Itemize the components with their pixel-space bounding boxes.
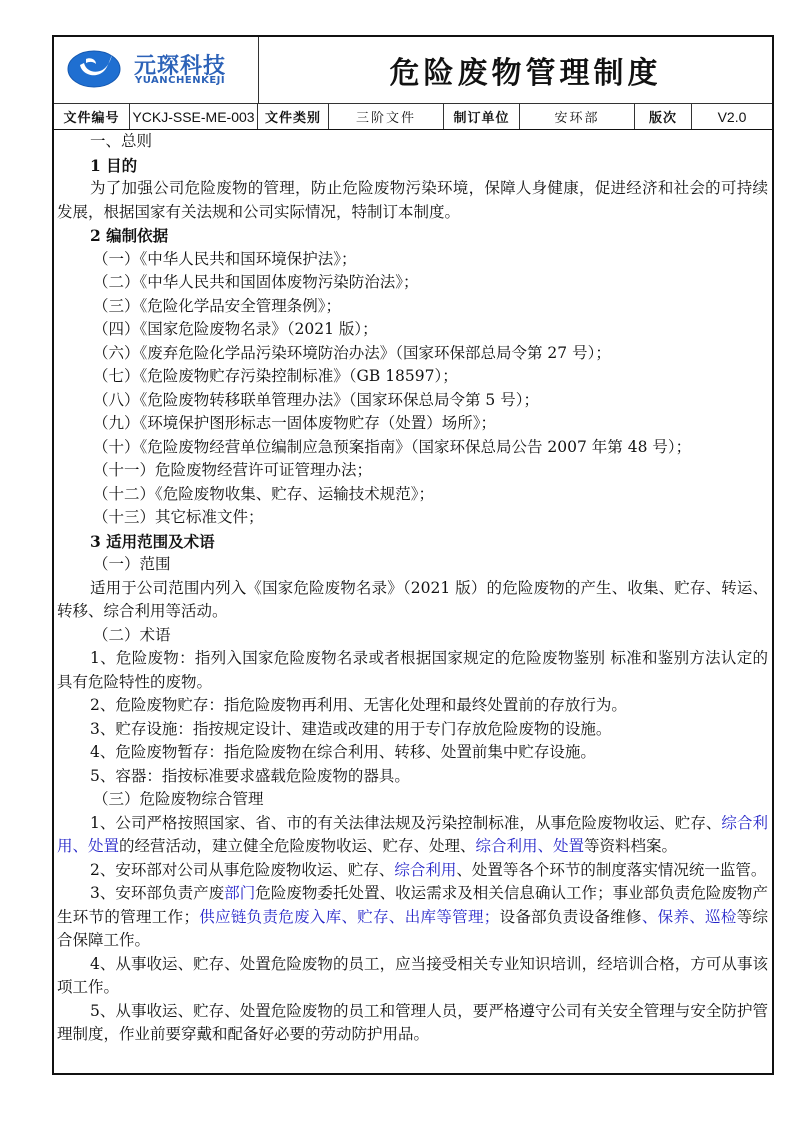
logo-name-en: YUANCHENKEJI [135,75,225,86]
document-frame: 元琛科技 YUANCHENKEJI 危险废物管理制度 文件编号 YCKJ-SSE… [52,35,774,1075]
issuing-unit-label: 制订单位 [444,104,520,129]
management-item: 4、从事收运、贮存、处置危险废物的员工，应当接受相关专业知识培训，经培训合格，方… [57,953,768,1000]
version-label: 版次 [635,104,692,129]
text-run: 等资料档案。 [584,837,677,855]
basis-item: （九）《环境保护图形标志一固体废物贮存（处置）场所》； [57,412,768,436]
basis-item: （十三）其它标准文件； [57,506,768,530]
version-value: V2.0 [692,104,772,129]
issuing-unit-value: 安环部 [520,104,635,129]
basis-item: （六）《废弃危险化学品污染环境防治办法》（国家环保部总局令第 27 号）； [57,342,768,366]
basis-item: （一）《中华人民共和国环境保护法》； [57,248,768,272]
company-logo-icon [66,49,128,89]
text-run: 设备部负责设备维修 [499,908,642,926]
highlighted-text: 、保养、巡检 [642,908,737,926]
document-meta-row: 文件编号 YCKJ-SSE-ME-003 文件类别 三阶文件 制订单位 安环部 … [54,104,772,130]
terms-heading: （二）术语 [57,624,768,648]
basis-item: （八）《危险废物转移联单管理办法》（国家环保总局令第 5 号）； [57,389,768,413]
highlighted-text: 综合利用、处置 [476,837,585,855]
doc-number-value: YCKJ-SSE-ME-003 [130,104,258,129]
company-logo: 元琛科技 YUANCHENKEJI [54,37,259,103]
basis-item: （七）《危险废物贮存污染控制标准》（GB 18597）； [57,365,768,389]
term-item: 2、危险废物贮存：指危险废物再利用、无害化处理和最终处置前的存放行为。 [57,694,768,718]
term-item: 3、贮存设施：指按规定设计、建造或改建的用于专门存放危险废物的设施。 [57,718,768,742]
basis-item: （十）《危险废物经营单位编制应急预案指南》（国家环保总局公告 2007 年第 4… [57,436,768,460]
text-run: 2、安环部对公司从事危险废物收运、贮存、 [90,861,394,879]
highlighted-text: 供应链负责危废入库、贮存、出库等管理； [199,908,499,926]
document-body: 一、总则 1 目的 为了加强公司危险废物的管理，防止危险废物污染环境，保障人身健… [54,130,772,1047]
section-heading: 一、总则 [57,130,768,154]
header-top: 元琛科技 YUANCHENKEJI 危险废物管理制度 [54,37,772,104]
subsection-heading: 3 适用范围及术语 [57,530,768,554]
term-item: 1、危险废物：指列入国家危险废物名录或者根据国家规定的危险废物鉴别 标准和鉴别方… [57,647,768,694]
highlighted-text: 部门 [224,884,255,902]
text-run: 1、公司严格按照国家、省、市的有关法律法规及污染控制标准，从事危险废物收运、贮存… [90,814,721,832]
basis-item: （三）《危险化学品安全管理条例》； [57,295,768,319]
text-run: 、处置等各个环节的制度落实情况统一监管。 [456,861,766,879]
basis-item: （十二）《危险废物收集、贮存、运输技术规范》； [57,483,768,507]
management-item: 5、从事收运、贮存、处置危险废物的员工和管理人员，要严格遵守公司有关安全管理与安… [57,1000,768,1047]
scope-heading: （一）范围 [57,553,768,577]
basis-item: （十一）危险废物经营许可证管理办法； [57,459,768,483]
doc-category-label: 文件类别 [258,104,329,129]
doc-category-value: 三阶文件 [329,104,444,129]
title-cell: 危险废物管理制度 [259,37,772,103]
management-item: 2、安环部对公司从事危险废物收运、贮存、综合利用、处置等各个环节的制度落实情况统… [57,859,768,883]
text-run: 3、安环部负责产废 [90,884,224,902]
document-title: 危险废物管理制度 [370,48,662,92]
highlighted-text: 综合利用 [394,861,456,879]
management-item: 1、公司严格按照国家、省、市的有关法律法规及污染控制标准，从事危险废物收运、贮存… [57,812,768,859]
paragraph: 为了加强公司危险废物的管理，防止危险废物污染环境，保障人身健康，促进经济和社会的… [57,177,768,224]
text-run: 的经营活动，建立健全危险废物收运、贮存、处理、 [119,837,476,855]
subsection-heading: 2 编制依据 [57,224,768,248]
management-heading: （三）危险废物综合管理 [57,788,768,812]
term-item: 4、危险废物暂存：指危险废物在综合利用、转移、处置前集中贮存设施。 [57,741,768,765]
management-item: 3、安环部负责产废部门危险废物委托处置、收运需求及相关信息确认工作；事业部负责危… [57,882,768,953]
paragraph: 适用于公司范围内列入《国家危险废物名录》（2021 版）的危险废物的产生、收集、… [57,577,768,624]
doc-number-label: 文件编号 [54,104,130,129]
basis-item: （四）《国家危险废物名录》（2021 版）； [57,318,768,342]
basis-item: （二）《中华人民共和国固体废物污染防治法》； [57,271,768,295]
subsection-heading: 1 目的 [57,154,768,178]
term-item: 5、容器：指按标准要求盛载危险废物的器具。 [57,765,768,789]
